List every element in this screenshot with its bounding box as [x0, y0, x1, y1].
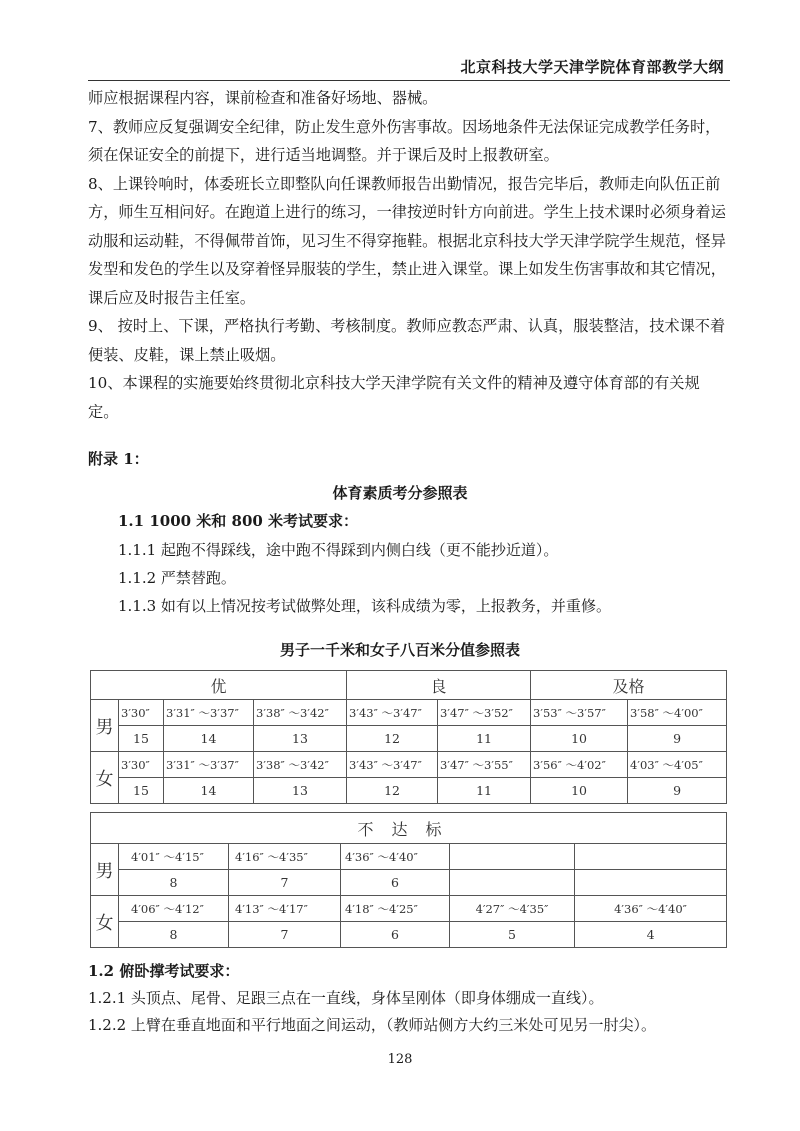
score-value: 12 [347, 726, 438, 752]
time-range: 3′30″ [119, 700, 164, 726]
paragraph: 10、本课程的实施要始终贯彻北京科技大学天津学院有关文件的精神及遵守体育部的有关… [88, 369, 728, 426]
time-range: 3′38″ ～3′42″ [254, 700, 347, 726]
appendix-title: 体育素质考分参照表 [0, 482, 800, 503]
score-table-lower: 不达标 男 4′01″ ～4′15″ 4′16″ ～4′35″ 4′36″ ～4… [90, 812, 727, 948]
paragraph: 7、教师应反复强调安全纪律，防止发生意外伤害事故。因场地条件无法保证完成教学任务… [88, 113, 728, 170]
paragraph: 8、上课铃响时，体委班长立即整队向任课教师报告出勤情况，报告完毕后，教师走向队伍… [88, 170, 728, 313]
time-range: 4′36″ ～4′40″ [575, 896, 727, 922]
time-range: 4′16″ ～4′35″ [229, 844, 341, 870]
list-item: 1.2.2 上臂在垂直地面和平行地面之间运动，（教师站侧方大约三米处可见另一肘尖… [88, 1014, 656, 1035]
time-range: 3′56″ ～4′02″ [531, 752, 628, 778]
score-value: 6 [341, 922, 450, 948]
score-value: 13 [254, 726, 347, 752]
score-value: 11 [438, 726, 531, 752]
list-item: 1.1.1 起跑不得踩线，途中跑不得踩到内侧白线（更不能抄近道）。 [118, 539, 558, 560]
time-range: 3′43″ ～3′47″ [347, 752, 438, 778]
score-value: 5 [450, 922, 575, 948]
sex-label-male: 男 [91, 700, 119, 752]
score-value: 14 [164, 778, 254, 804]
time-range: 3′47″ ～3′52″ [438, 700, 531, 726]
grade-header: 优 [91, 671, 347, 700]
time-range: 4′18″ ～4′25″ [341, 896, 450, 922]
score-table-upper: 优 良 及格 男 3′30″ 3′31″ ～3′37″ 3′38″ ～3′42″… [90, 670, 727, 804]
time-range: 3′30″ [119, 752, 164, 778]
score-value: 10 [531, 778, 628, 804]
time-range [450, 844, 575, 870]
score-value: 11 [438, 778, 531, 804]
time-range: 4′13″ ～4′17″ [229, 896, 341, 922]
sex-label-male: 男 [91, 844, 119, 896]
list-item: 1.2.1 头顶点、尾骨、足跟三点在一直线，身体呈刚体（即身体绷成一直线）。 [88, 987, 603, 1008]
score-value: 4 [575, 922, 727, 948]
time-range: 4′03″ ～4′05″ [628, 752, 727, 778]
table-title: 男子一千米和女子八百米分值参照表 [0, 639, 800, 660]
sex-label-female: 女 [91, 896, 119, 948]
time-range [575, 844, 727, 870]
section-heading: 1.1 1000 米和 800 米考试要求： [118, 510, 358, 531]
score-value: 7 [229, 870, 341, 896]
score-value: 9 [628, 778, 727, 804]
score-value [450, 870, 575, 896]
time-range: 3′47″ ～3′55″ [438, 752, 531, 778]
grade-header: 良 [347, 671, 531, 700]
fail-header: 不达标 [91, 813, 727, 844]
score-value: 15 [119, 778, 164, 804]
page-header: 北京科技大学天津学院体育部教学大纲 [88, 54, 730, 81]
paragraph: 9、 按时上、下课，严格执行考勤、考核制度。教师应教态严肃、认真，服装整洁，技术… [88, 312, 728, 369]
time-range: 4′27″ ～4′35″ [450, 896, 575, 922]
time-range: 3′58″ ～4′00″ [628, 700, 727, 726]
score-value: 7 [229, 922, 341, 948]
sex-label-female: 女 [91, 752, 119, 804]
score-value: 9 [628, 726, 727, 752]
grade-header: 及格 [531, 671, 727, 700]
body-text: 师应根据课程内容，课前检查和准备好场地、器械。 7、教师应反复强调安全纪律，防止… [88, 84, 728, 426]
score-value: 8 [119, 922, 229, 948]
time-range: 3′31″ ～3′37″ [164, 752, 254, 778]
time-range: 3′31″ ～3′37″ [164, 700, 254, 726]
score-value: 15 [119, 726, 164, 752]
score-value: 8 [119, 870, 229, 896]
score-value: 14 [164, 726, 254, 752]
time-range: 3′53″ ～3′57″ [531, 700, 628, 726]
score-value: 10 [531, 726, 628, 752]
time-range: 4′36″ ～4′40″ [341, 844, 450, 870]
score-value: 12 [347, 778, 438, 804]
appendix-label: 附录 1： [88, 448, 149, 469]
score-value [575, 870, 727, 896]
time-range: 3′43″ ～3′47″ [347, 700, 438, 726]
time-range: 3′38″ ～3′42″ [254, 752, 347, 778]
paragraph: 师应根据课程内容，课前检查和准备好场地、器械。 [88, 84, 728, 113]
score-value: 6 [341, 870, 450, 896]
list-item: 1.1.3 如有以上情况按考试做弊处理，该科成绩为零，上报教务，并重修。 [118, 595, 611, 616]
section-heading: 1.2 俯卧撑考试要求： [88, 960, 239, 981]
header-title: 北京科技大学天津学院体育部教学大纲 [460, 56, 724, 77]
time-range: 4′06″ ～4′12″ [119, 896, 229, 922]
score-value: 13 [254, 778, 347, 804]
list-item: 1.1.2 严禁替跑。 [118, 567, 236, 588]
page-number: 128 [0, 1052, 800, 1067]
time-range: 4′01″ ～4′15″ [119, 844, 229, 870]
